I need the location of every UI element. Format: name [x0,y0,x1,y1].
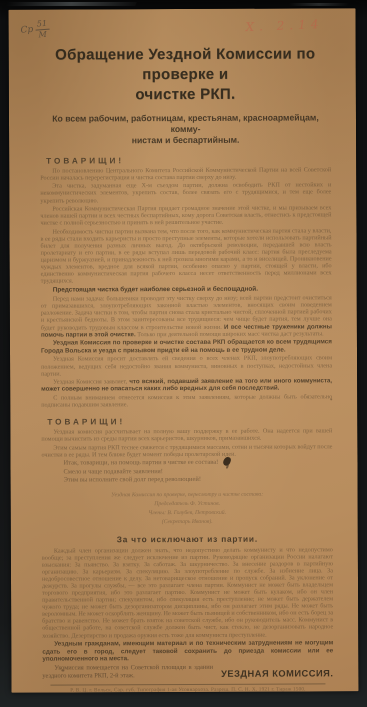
signature-block: Уездная Комиссия по проверке, пересмотру… [42,491,333,528]
commission-address: Укомиссия помещается на Советской площад… [42,664,213,680]
paragraph: Уездная комиссия рассчитывает на полную … [41,427,332,442]
paper-speck [61,670,64,672]
paragraph: Российская Коммунистическая Партия прида… [40,204,331,226]
footer-row: Укомиссия помещается на Советской площад… [42,664,333,681]
paragraph: Этим самым партия РКП теснее свяжется с … [41,443,332,458]
film-scratch [5,2,136,6]
salutation-2: ТОВАРИЩИ! [47,416,332,426]
paragraph: Необходимость чистки партии вызвана тем,… [40,227,331,285]
paragraph: Каждый член организации должен знать, чт… [42,546,333,639]
paragraph: Уездная Комиссия просит доставлять ей св… [41,355,332,377]
subtitle-line-2: нистам и беспартийным. [40,135,331,148]
paper-speck [330,398,332,400]
photo-background: Ср 51 М Х. 2.14 Обращение Уездной Комисс… [0,0,367,707]
commission-signature: УЕЗДНАЯ КОМИССИЯ. [221,668,333,679]
document-subtitle: Ко всем рабочим, работницам, крестьянам,… [40,112,331,147]
document-title: Обращение Уездной Комиссии по проверке и… [40,44,331,105]
section-heading: За что исключают из партии. [42,533,333,544]
footer-rule [50,683,325,685]
subtitle-line-1: Ко всем рабочим, работницам, крестьянам,… [40,112,331,136]
paragraph: Уездная Комиссия заявляет, что всякий, п… [41,378,332,393]
appeal-paragraph: Уездная Комиссия по проверке и очистке с… [41,338,332,354]
leaflet-content: Обращение Уездной Комиссии по проверке и… [40,8,334,692]
title-line-1: Обращение Уездной Комиссии по проверке и [40,44,331,85]
notice-paragraph: Уездным гражданам, имеющим материал и по… [42,639,333,663]
paragraph: С полным вниманием отнесется комиссия к … [41,393,332,408]
paragraph: По постановлению Центрального Комитета Р… [40,166,331,181]
emphasis-line: Предстоящая чистка будет наиболее серьез… [41,286,332,294]
paragraph: Перед нами задача: большевики проводят э… [41,295,332,339]
title-line-2: очистке РКП. [40,84,331,105]
signature-line: (Секретарь Иванов). [42,517,333,527]
pencil-prefix: Ср [20,26,33,36]
leaflet-paper: Ср 51 М Х. 2.14 Обращение Уездной Комисс… [9,8,359,693]
salutation-1: ТОВАРИЩИ! [46,155,331,165]
printer-imprint: Р. В. Ц. г. Вольск, Сар. губ. Типография… [42,686,333,693]
slogan-line: Этим вы исполните свой долг перед револю… [64,475,333,485]
film-scratch [289,3,349,6]
paragraph: Эта чистка, задуманная еще Х-м съездом п… [40,182,331,204]
